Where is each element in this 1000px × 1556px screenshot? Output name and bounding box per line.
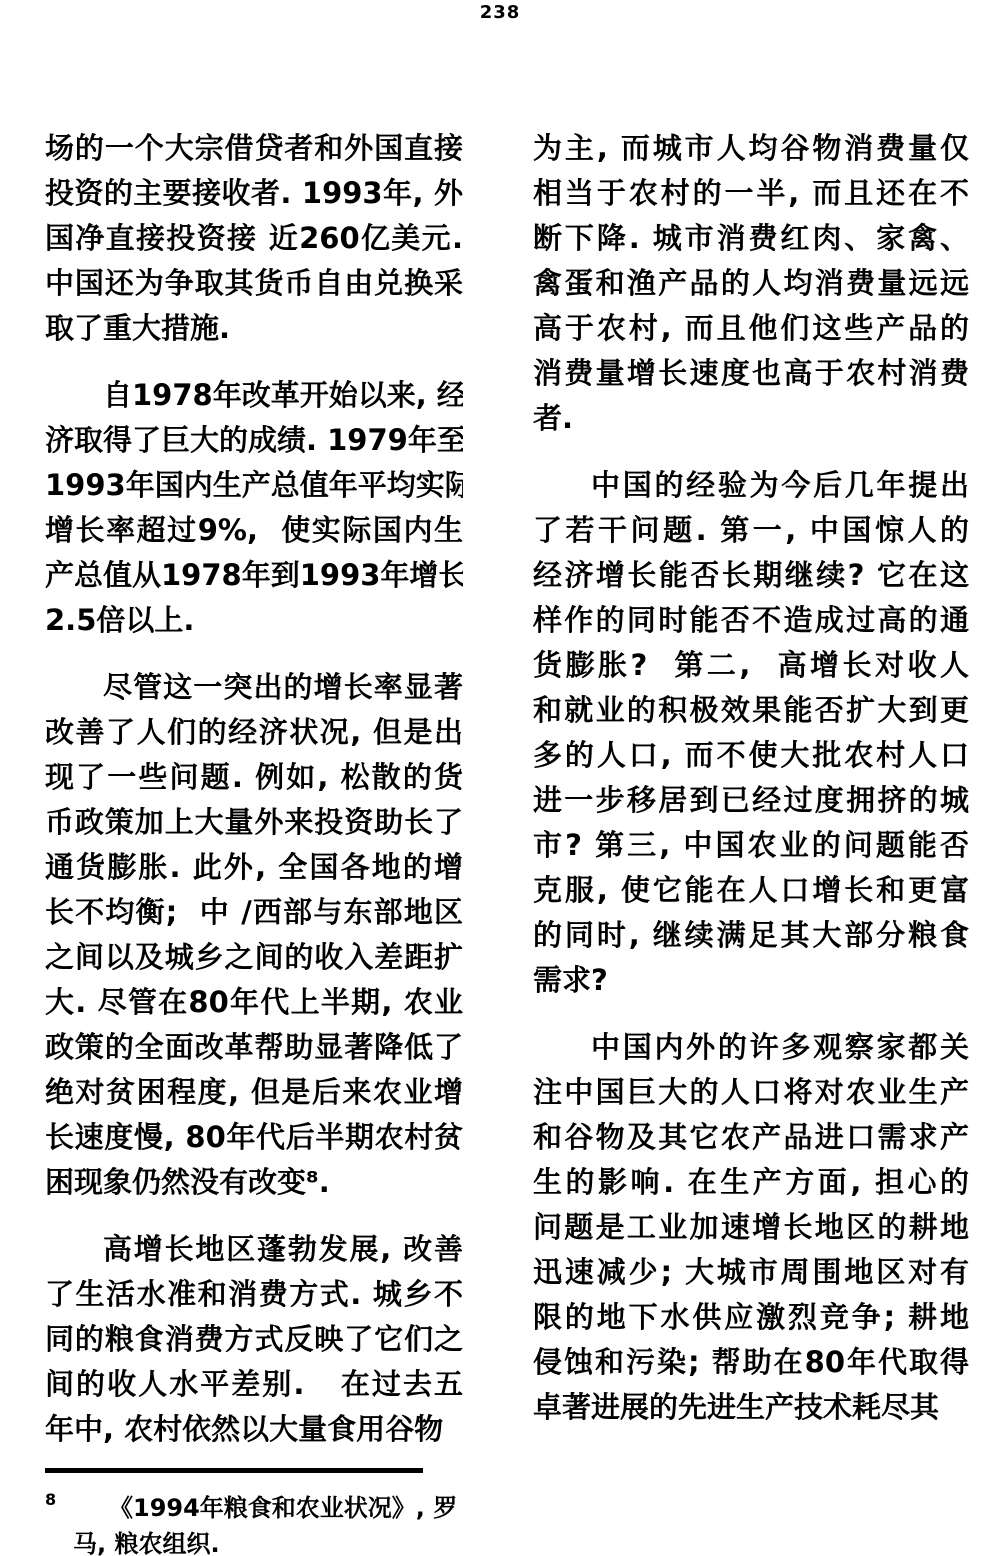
text-line: 政策的全面改革帮助显著降低了	[45, 1025, 463, 1070]
footnote-rule	[45, 1468, 423, 1473]
text-line: 现了一些问题. 例如, 松散的货	[45, 755, 463, 800]
text-line: 场的一个大宗借贷者和外国直接	[45, 126, 463, 171]
text-line: 自1978年改革开始以来, 经	[45, 373, 463, 418]
column-right: 为主, 而城市人均谷物消费量仅相当于农村的一半, 而且还在不断下降. 城市消费红…	[533, 126, 969, 1452]
paragraph: 高增长地区蓬勃发展, 改善了生活水准和消费方式. 城乡不同的粮食消费方式反映了它…	[45, 1227, 463, 1452]
text-line: 间的收人水平差别. 在过去五	[45, 1362, 463, 1407]
text-line: 中国内外的许多观察家都关	[533, 1025, 969, 1070]
text-line: 生的影响. 在生产方面, 担心的	[533, 1160, 969, 1205]
text-line: 需求?	[533, 958, 969, 1003]
paragraph: 中国的经验为今后几年提出了若干问题. 第一, 中国惊人的经济增长能否长期继续? …	[533, 463, 969, 1003]
footnote-line: 《1994年粮食和农业状况》, 罗	[73, 1490, 475, 1526]
text-line: 中国还为争取其货币自由兑换采	[45, 261, 463, 306]
text-line: 年中, 农村依然以大量食用谷物	[45, 1407, 463, 1452]
footnote: 8 《1994年粮食和农业状况》, 罗马, 粮农组织.	[45, 1490, 475, 1556]
text-line: 卓著进展的先进生产技术耗尽其	[533, 1385, 969, 1430]
footnote-line: 马, 粮农组织.	[73, 1526, 475, 1556]
footnote-text: 《1994年粮食和农业状况》, 罗马, 粮农组织.	[73, 1490, 475, 1556]
text-line: 通货膨胀. 此外, 全国各地的增	[45, 845, 463, 890]
text-line: 相当于农村的一半, 而且还在不	[533, 171, 969, 216]
text-line: 限的地下水供应激烈竞争; 耕地	[533, 1295, 969, 1340]
text-line: 禽蛋和渔产品的人均消费量远远	[533, 261, 969, 306]
paragraph: 场的一个大宗借贷者和外国直接投资的主要接收者. 1993年, 外国净直接投资接 …	[45, 126, 463, 351]
text-line: 高于农村, 而且他们这些产品的	[533, 306, 969, 351]
text-line: 货膨胀? 第二, 高增长对收人	[533, 643, 969, 688]
text-line: 产总值从1978年到1993年增长了	[45, 553, 463, 598]
text-line: 尽管这一突出的增长率显著	[45, 665, 463, 710]
text-line: 迅速减少; 大城市周围地区对有	[533, 1250, 969, 1295]
text-line: 注中国巨大的人口将对农业生产	[533, 1070, 969, 1115]
text-line: 和就业的积极效果能否扩大到更	[533, 688, 969, 733]
page-number: 238	[0, 2, 1000, 23]
text-line: 了生活水准和消费方式. 城乡不	[45, 1272, 463, 1317]
text-line: 增长率超过9%, 使实际国内生	[45, 508, 463, 553]
text-line: 消费量增长速度也高于农村消费	[533, 351, 969, 396]
text-line: 济取得了巨大的成绩. 1979年至	[45, 418, 463, 463]
text-line: 克服, 使它能在人口增长和更富	[533, 868, 969, 913]
text-line: 和谷物及其它农产品进口需求产	[533, 1115, 969, 1160]
text-line: 国净直接投资接 近260亿美元.	[45, 216, 463, 261]
text-line: 多的人口, 而不使大批农村人口	[533, 733, 969, 778]
text-line: 改善了人们的经济状况, 但是出	[45, 710, 463, 755]
text-line: 长不均衡; 中 /西部与东部地区	[45, 890, 463, 935]
text-line: 者.	[533, 396, 969, 441]
text-line: 1993年国内生产总值年平均实际	[45, 463, 463, 508]
column-left: 场的一个大宗借贷者和外国直接投资的主要接收者. 1993年, 外国净直接投资接 …	[45, 126, 463, 1474]
text-line: 了若干问题. 第一, 中国惊人的	[533, 508, 969, 553]
text-line: 之间以及城乡之间的收入差距扩	[45, 935, 463, 980]
text-line: 绝对贫困程度, 但是后来农业增	[45, 1070, 463, 1115]
text-line: 的同时, 继续满足其大部分粮食	[533, 913, 969, 958]
text-line: 大. 尽管在80年代上半期, 农业	[45, 980, 463, 1025]
paragraph: 自1978年改革开始以来, 经济取得了巨大的成绩. 1979年至1993年国内生…	[45, 373, 463, 643]
text-line: 进一步移居到已经过度拥挤的城	[533, 778, 969, 823]
text-line: 投资的主要接收者. 1993年, 外	[45, 171, 463, 216]
paragraph: 尽管这一突出的增长率显著改善了人们的经济状况, 但是出现了一些问题. 例如, 松…	[45, 665, 463, 1205]
text-line: 2.5倍以上.	[45, 598, 463, 643]
text-line: 侵蚀和污染; 帮助在80年代取得	[533, 1340, 969, 1385]
text-line: 市? 第三, 中国农业的问题能否	[533, 823, 969, 868]
text-line: 为主, 而城市人均谷物消费量仅	[533, 126, 969, 171]
text-line: 高增长地区蓬勃发展, 改善	[45, 1227, 463, 1272]
text-line: 取了重大措施.	[45, 306, 463, 351]
text-line: 经济增长能否长期继续? 它在这	[533, 553, 969, 598]
paragraph: 中国内外的许多观察家都关注中国巨大的人口将对农业生产和谷物及其它农产品进口需求产…	[533, 1025, 969, 1430]
paragraph: 为主, 而城市人均谷物消费量仅相当于农村的一半, 而且还在不断下降. 城市消费红…	[533, 126, 969, 441]
text-line: 样作的同时能否不造成过高的通	[533, 598, 969, 643]
text-line: 同的粮食消费方式反映了它们之	[45, 1317, 463, 1362]
footnote-marker: 8	[45, 1490, 56, 1509]
text-line: 困现象仍然没有改变⁸.	[45, 1160, 463, 1205]
text-line: 中国的经验为今后几年提出	[533, 463, 969, 508]
text-line: 问题是工业加速增长地区的耕地	[533, 1205, 969, 1250]
text-line: 长速度慢, 80年代后半期农村贫	[45, 1115, 463, 1160]
text-line: 币政策加上大量外来投资助长了	[45, 800, 463, 845]
text-line: 断下降. 城市消费红肉、家禽、	[533, 216, 969, 261]
